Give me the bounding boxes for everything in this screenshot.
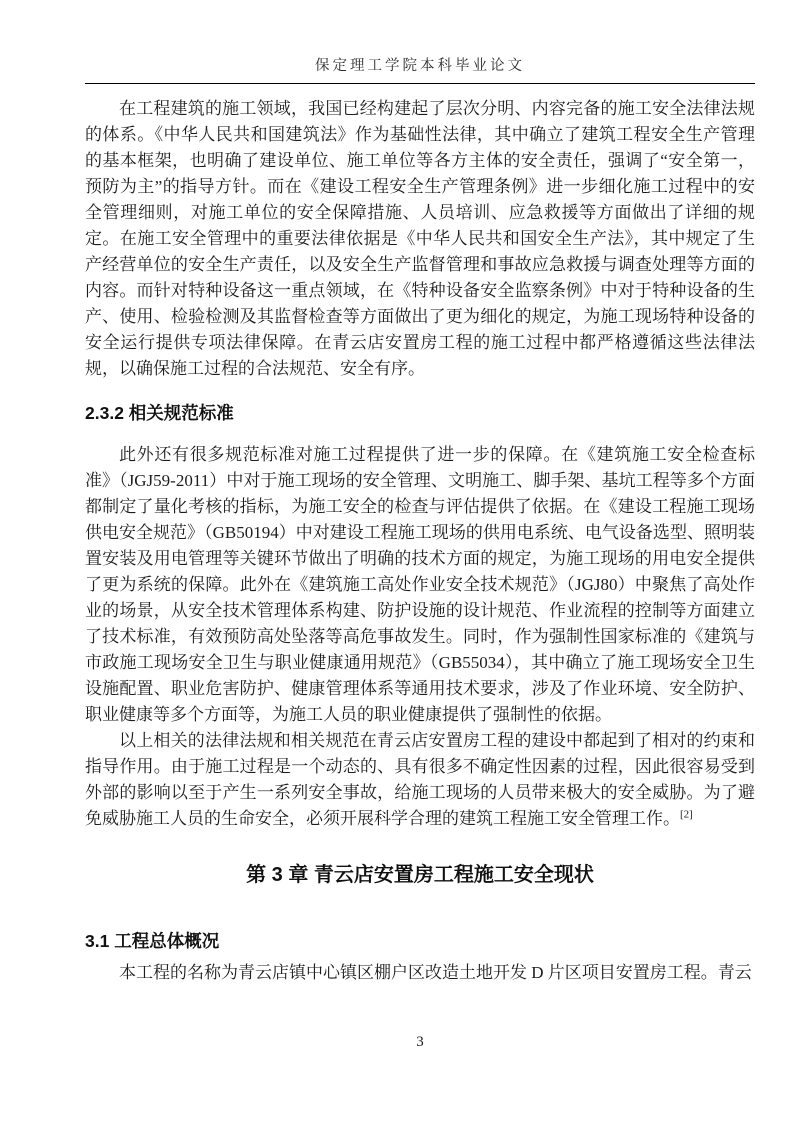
thesis-page: 保定理工学院本科毕业论文 在工程建筑的施工领域，我国已经构建起了层次分明、内容完… [0, 0, 793, 1122]
paragraph-summary: 以上相关的法律法规和相关规范在青云店安置房工程的建设中都起到了相对的约束和指导作… [85, 728, 755, 832]
page-content: 在工程建筑的施工领域，我国已经构建起了层次分明、内容完备的施工安全法律法规的体系… [85, 96, 755, 986]
paragraph-summary-text: 以上相关的法律法规和相关规范在青云店安置房工程的建设中都起到了相对的约束和指导作… [85, 731, 755, 828]
paragraph-safety-laws: 在工程建筑的施工领域，我国已经构建起了层次分明、内容完备的施工安全法律法规的体系… [85, 96, 755, 382]
section-heading-3-1: 3.1 工程总体概况 [85, 928, 755, 954]
paragraph-standards: 此外还有很多规范标准对施工过程提供了进一步的保障。在《建筑施工安全检查标准》（J… [85, 442, 755, 728]
page-number: 3 [85, 1034, 755, 1051]
running-header: 保定理工学院本科毕业论文 [85, 54, 755, 75]
subsection-heading-2-3-2: 2.3.2 相关规范标准 [85, 400, 755, 426]
reference-marker: [2] [680, 808, 693, 820]
paragraph-project-overview: 本工程的名称为青云店镇中心镇区棚户区改造土地开发 D 片区项目安置房工程。青云 [85, 960, 755, 986]
header-rule [85, 83, 755, 84]
chapter-3-heading: 第 3 章 青云店安置房工程施工安全现状 [85, 860, 755, 890]
